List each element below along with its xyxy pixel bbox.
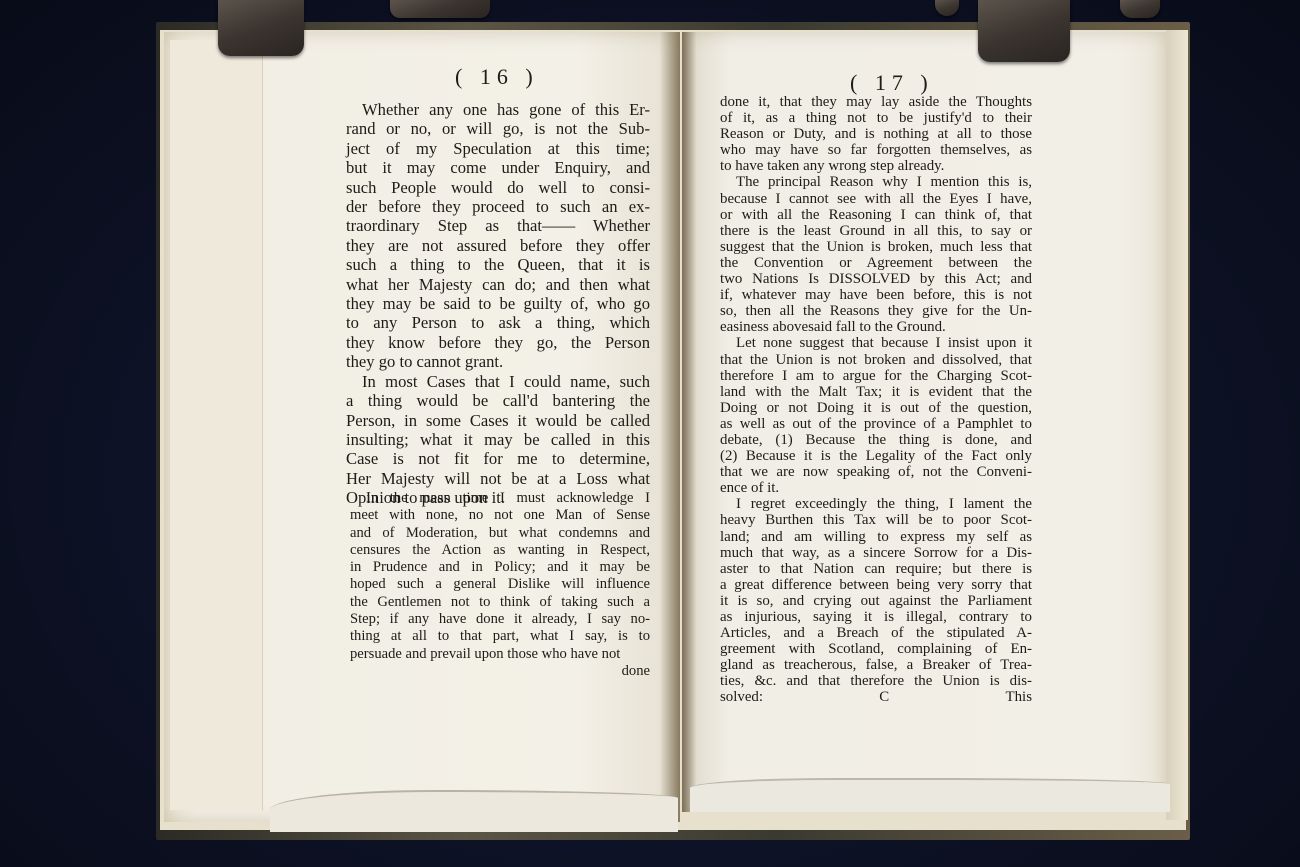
text-line: Articles, and a Breach of the stipulated… <box>720 625 1032 641</box>
text-line: there is the least Ground in all this, t… <box>720 223 1032 239</box>
page-number-left: ( 16 ) <box>455 64 539 90</box>
text-line: that we are now speaking of, not the Con… <box>720 464 1032 480</box>
text-line: in Prudence and in Policy; and it may be <box>350 559 650 576</box>
paragraph: I regret exceedingly the thing, I lament… <box>720 496 1032 689</box>
text-line: so, then all the Reasons they give for t… <box>720 303 1032 319</box>
text-line: hoped such a general Dislike will influe… <box>350 576 650 593</box>
text-line: or with all the Reasoning I can think of… <box>720 207 1032 223</box>
text-line: who may have so far forgotten themselves… <box>720 142 1032 158</box>
text-line: much that way, as a sincere Sorrow for a… <box>720 545 1032 561</box>
text-line: debate, (1) Because the thing is done, a… <box>720 432 1032 448</box>
text-line: the Convention or Agreement between the <box>720 255 1032 271</box>
text-line: Reason or Duty, and is nothing at all to… <box>720 126 1032 142</box>
text-line: they go to cannot grant. <box>346 352 650 371</box>
text-line: they may be said to be guilty of, who go <box>346 294 650 313</box>
paragraph: Let none suggest that because I insist u… <box>720 335 1032 496</box>
text-line: but it may come under Enquiry, and <box>346 158 650 177</box>
text-line: greement with Scotland, complaining of E… <box>720 641 1032 657</box>
text-line: ence of it. <box>720 480 1032 496</box>
text-line: land with the Malt Tax; it is evident th… <box>720 384 1032 400</box>
text-line: der before they proceed to such an ex- <box>346 197 650 216</box>
folded-page-strip <box>170 40 263 810</box>
catchword: done <box>350 663 650 680</box>
book-clamp-icon <box>218 0 304 56</box>
text-line: In the mean time I must acknowledge I <box>350 490 650 507</box>
paragraph: In most Cases that I could name, sucha t… <box>346 372 650 508</box>
text-line: gland as treacherous, false, a Breaker o… <box>720 657 1032 673</box>
text-line: persuade and prevail upon those who have… <box>350 646 650 663</box>
text-line: thing at all to that part, what I say, i… <box>350 628 650 645</box>
paragraph: In the mean time I must acknowledge Imee… <box>350 490 650 663</box>
text-line: rand or no, or will go, is not the Sub- <box>346 119 650 138</box>
text-line: as injurious, saying it is illegal, cont… <box>720 609 1032 625</box>
text-line: The principal Reason why I mention this … <box>720 174 1032 190</box>
paragraph: Whether any one has gone of this Er-rand… <box>346 100 650 372</box>
text-line: Person, in some Cases it would be called <box>346 411 650 430</box>
text-line: done it, that they may lay aside the Tho… <box>720 94 1032 110</box>
text-line: heavy Burthen this Tax will be to poor S… <box>720 512 1032 528</box>
text-line: traordinary Step as that—— Whether <box>346 216 650 235</box>
book-clamp-icon <box>1120 0 1160 18</box>
text-line: two Nations Is DISSOLVED by this Act; an… <box>720 271 1032 287</box>
text-line: because I cannot see with all the Eyes I… <box>720 191 1032 207</box>
left-page-text: Whether any one has gone of this Er-rand… <box>346 100 650 508</box>
page-number-right: ( 17 ) <box>850 70 934 96</box>
text-line: suggest that the Union is broken, much l… <box>720 239 1032 255</box>
page-footer-line: solved: C This <box>720 689 1032 705</box>
text-line: a thing would be call'd bantering the <box>346 391 650 410</box>
right-page-text: done it, that they may lay aside the Tho… <box>720 94 1032 706</box>
text-line: that the Union is not broken and dissolv… <box>720 352 1032 368</box>
book-clamp-icon <box>978 0 1070 62</box>
text-line: easiness abovesaid fall to the Ground. <box>720 319 1032 335</box>
text-line: meet with none, no not one Man of Sense <box>350 507 650 524</box>
text-line: (2) Because it is the Legality of the Fa… <box>720 448 1032 464</box>
text-line: they are not assured before they offer <box>346 236 650 255</box>
text-line: ties, &c. and that therefore the Union i… <box>720 673 1032 689</box>
text-line: such People would do well to consi- <box>346 178 650 197</box>
text-line: Step; if any have done it already, I say… <box>350 611 650 628</box>
text-line: land; and am willing to express my self … <box>720 529 1032 545</box>
text-line: ject of my Speculation at this time; <box>346 139 650 158</box>
text-line: censures the Action as wanting in Respec… <box>350 542 650 559</box>
left-page-text-small: In the mean time I must acknowledge Imee… <box>350 490 650 680</box>
text-line: to any Person to ask a thing, which <box>346 313 650 332</box>
text-line: if, whatever may have been before, this … <box>720 287 1032 303</box>
text-line: Her Majesty will not be at a Loss what <box>346 469 650 488</box>
text-line: insulting; what it may be called in this <box>346 430 650 449</box>
text-line: Case is not fit for me to determine, <box>346 449 650 468</box>
paragraph: The principal Reason why I mention this … <box>720 174 1032 335</box>
text-line: as well as out of the province of a Pamp… <box>720 416 1032 432</box>
book-clamp-icon <box>390 0 490 18</box>
deckled-edge-left <box>270 790 678 832</box>
catchword: This <box>1006 689 1032 705</box>
book-clamp-icon <box>935 0 959 16</box>
text-line: it is so, and crying out against the Par… <box>720 593 1032 609</box>
text-line: they know before they go, the Person <box>346 333 650 352</box>
text-line: a great difference between being very so… <box>720 577 1032 593</box>
text-line: Doing or not Doing it is out of the ques… <box>720 400 1032 416</box>
deckled-edge-right <box>690 778 1170 812</box>
text-line: and of Moderation, but what condemns and <box>350 525 650 542</box>
text-line: to have taken any wrong step already. <box>720 158 1032 174</box>
text-line: Whether any one has gone of this Er- <box>346 100 650 119</box>
text-line: the Gentlemen not to think of taking suc… <box>350 594 650 611</box>
text-line: Let none suggest that because I insist u… <box>720 335 1032 351</box>
page-edge-stack <box>1166 30 1188 820</box>
final-word: solved: <box>720 689 763 705</box>
paragraph: done it, that they may lay aside the Tho… <box>720 94 1032 174</box>
text-line: such a thing to the Queen, that it is <box>346 255 650 274</box>
text-line: what her Majesty can do; and then what <box>346 275 650 294</box>
text-line: of it, as a thing not to be justify'd to… <box>720 110 1032 126</box>
text-line: I regret exceedingly the thing, I lament… <box>720 496 1032 512</box>
text-line: In most Cases that I could name, such <box>346 372 650 391</box>
text-line: therefore I am to argue for the Charging… <box>720 368 1032 384</box>
text-line: aster to that Nation can require; but th… <box>720 561 1032 577</box>
signature-mark: C <box>879 689 889 705</box>
